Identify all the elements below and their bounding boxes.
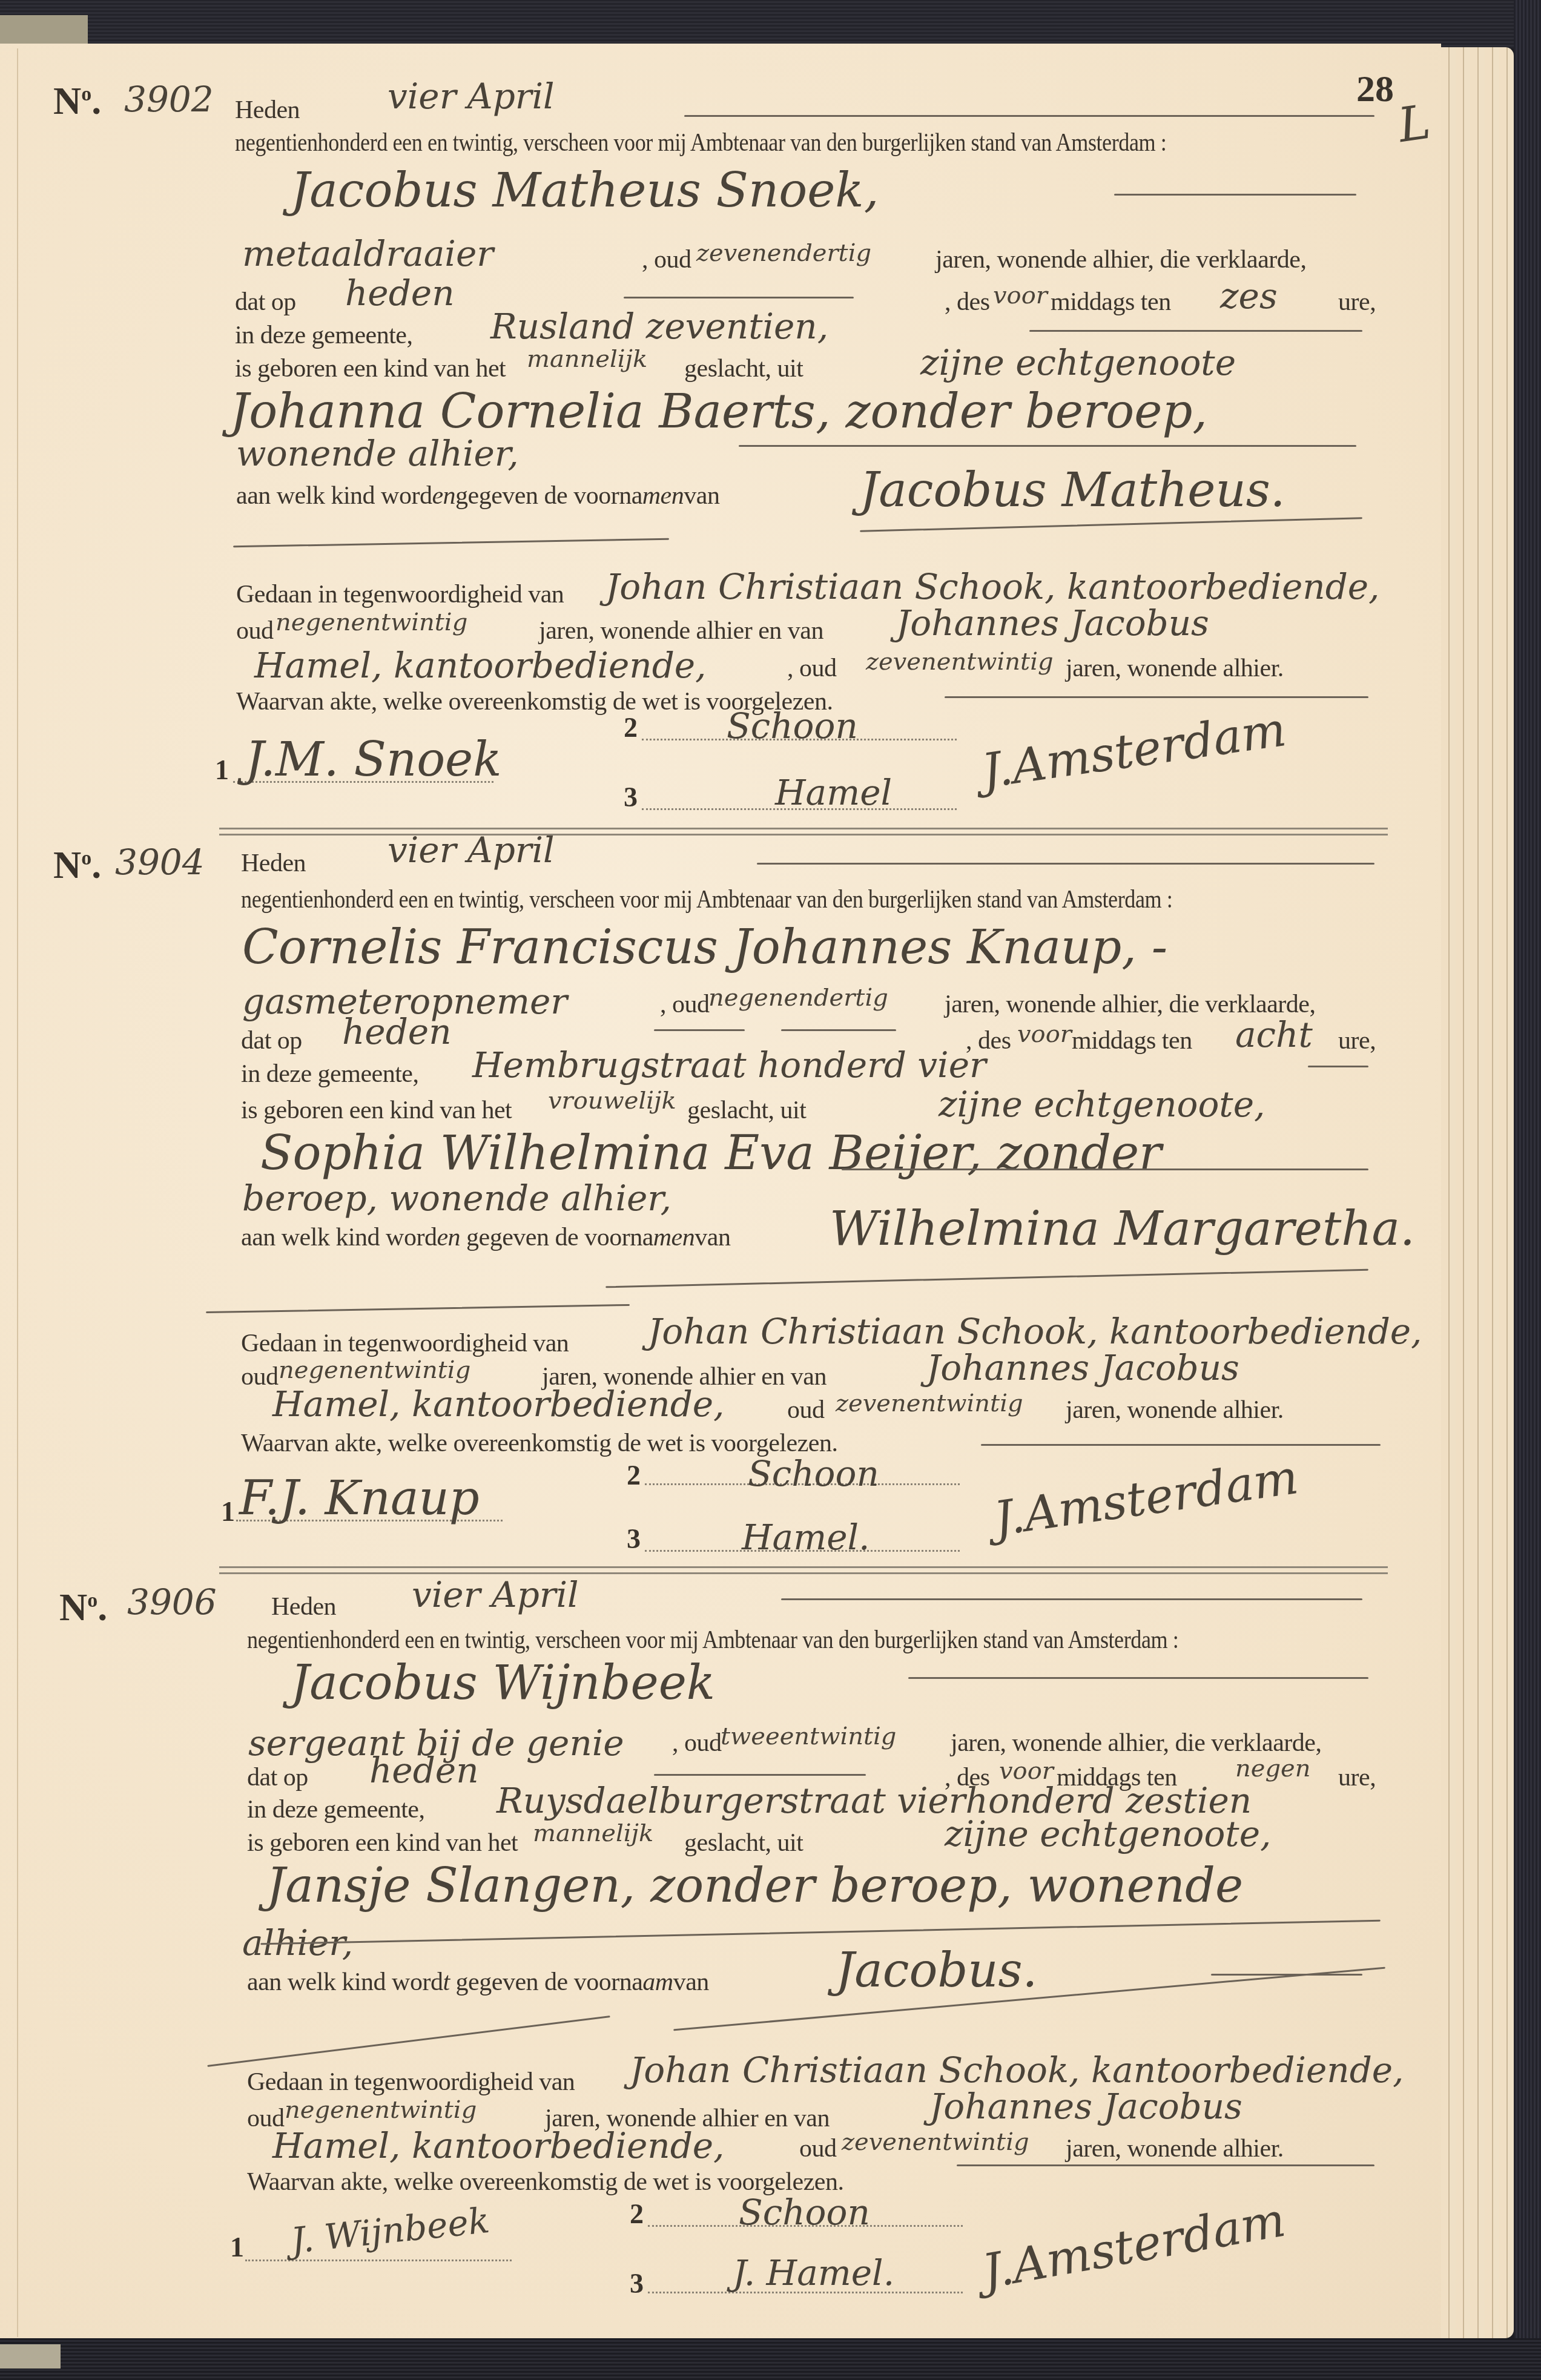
intro-text: negentienhonderd een en twintig, versche… [241, 885, 1172, 914]
witness1-name: Johan Christiaan Schook, kantoorbediende… [648, 1311, 1422, 1352]
geslacht-label: geslacht, uit [687, 1096, 806, 1125]
birth-hour: negen [1235, 1755, 1310, 1782]
daypart: voor [993, 282, 1048, 309]
witness2-age: zevenentwintig [842, 2128, 1029, 2156]
witness2-last: Hamel, kantoorbediende, [272, 1383, 725, 1425]
signature-2-label: 2 [630, 2198, 644, 2230]
fill-line [757, 863, 1374, 865]
gedaan-label: Gedaan in tegenwoordigheid van [241, 1329, 569, 1358]
oud-label: , oud [642, 245, 691, 274]
datop-label: dat op [235, 288, 296, 317]
middags-label: middags ten [1051, 288, 1171, 317]
gedaan-label: Gedaan in tegenwoordigheid van [236, 580, 564, 609]
witness2-last: Hamel, kantoorbediende, [272, 2125, 725, 2166]
entry-number: 3906 [127, 1581, 217, 1623]
signature-3-label: 3 [627, 1523, 641, 1555]
des-label: , des [945, 288, 990, 317]
entry-separator [219, 1566, 1388, 1568]
heden-label: Heden [271, 1592, 336, 1621]
witness1-age: negenentwintig [285, 2096, 477, 2124]
signature-3-label: 3 [630, 2267, 644, 2299]
signature-1-label: 1 [215, 754, 229, 786]
birth-day: heden [369, 1750, 479, 1791]
daypart: voor [1017, 1020, 1072, 1048]
child-sex: vrouwelijk [548, 1087, 676, 1115]
intro-text: negentienhonderd een en twintig, versche… [235, 128, 1166, 157]
heden-label: Heden [241, 849, 306, 878]
entry-date: vier April [412, 1574, 579, 1615]
fill-line [739, 445, 1356, 447]
birth-hour: acht [1235, 1014, 1313, 1055]
entry-number: 3902 [124, 79, 214, 120]
signature-2-label: 2 [624, 711, 638, 743]
oud-label-3: , oud [787, 654, 837, 683]
child-given-names: Wilhelmina Margaretha. [830, 1202, 1415, 1256]
declarant-name: Cornelis Franciscus Johannes Knaup, - [242, 920, 1167, 975]
page-edges [1441, 47, 1514, 2338]
signature-3-label: 3 [624, 781, 638, 813]
birth-day: heden [345, 272, 455, 314]
kind-label: aan welk kind wordt gegeven de voornaamv… [247, 1968, 709, 1997]
page-number: 28 [1356, 68, 1394, 111]
heden-label: Heden [235, 96, 300, 125]
fill-line [957, 2164, 1374, 2166]
geslacht-label: geslacht, uit [684, 354, 803, 383]
fill-line [1029, 330, 1362, 332]
book-cover-bottom [0, 2338, 1541, 2380]
witness1-age: negenentwintig [279, 1356, 470, 1384]
mother-name: Jansje Slangen, zonder beroep, wonende [266, 1859, 1243, 1913]
child-sex: mannelijk [527, 345, 647, 373]
jaren-label: jaren, wonende alhier, die verklaarde, [951, 1729, 1322, 1758]
ure-label: ure, [1338, 1763, 1376, 1792]
oud-label-3: oud [799, 2134, 837, 2163]
witness2-age: zevenentwintig [866, 648, 1054, 676]
declarant-age: zevenendertig [696, 239, 871, 267]
jaren-label-3: jaren, wonende alhier. [1066, 2134, 1284, 2163]
entry-date: vier April [388, 829, 555, 871]
gemeente-label: in deze gemeente, [241, 1060, 419, 1089]
jaren-label-3: jaren, wonende alhier. [1066, 654, 1284, 683]
oud-label-3: oud [787, 1396, 825, 1425]
jaren-label: jaren, wonende alhier, die verklaarde, [935, 245, 1307, 274]
kind-label: aan welk kind worden gegeven de voorname… [241, 1223, 730, 1252]
birth-address: Rusland zeventien, [490, 306, 828, 347]
datop-label: dat op [247, 1763, 308, 1792]
intro-text: negentienhonderd een en twintig, versche… [247, 1626, 1178, 1655]
signature-2-label: 2 [627, 1459, 641, 1491]
mother-relation: zijne echtgenoote, [939, 1084, 1265, 1125]
mother-relation: zijne echtgenoote, [945, 1813, 1271, 1854]
declarant-age: negenendertig [708, 984, 888, 1012]
geboren-label: is geboren een kind van het [235, 354, 506, 383]
fill-line [654, 1029, 745, 1031]
birth-day: heden [342, 1011, 452, 1052]
fill-line [1308, 1066, 1368, 1067]
gemeente-label: in deze gemeente, [247, 1795, 425, 1824]
signature-1-label: 1 [230, 2231, 244, 2263]
signature-witness1: Schoon [748, 1453, 879, 1494]
signature-witness1: Schoon [739, 2192, 870, 2233]
ure-label: ure, [1338, 288, 1376, 317]
witness2-last: Hamel, kantoorbediende, [254, 645, 707, 686]
middags-label: middags ten [1072, 1026, 1192, 1055]
fill-line [945, 696, 1368, 698]
fill-line [624, 297, 854, 298]
fill-line [781, 1598, 1362, 1600]
declarant-occupation: metaaldraaier [242, 233, 493, 274]
oud-label-2: oud [236, 616, 274, 645]
fill-line [908, 1677, 1368, 1679]
declarant-name: Jacobus Matheus Snoek, [291, 163, 879, 218]
book-cover-top [0, 0, 1541, 48]
witness2-first: Johannes Jacobus [929, 2086, 1242, 2127]
kind-label: aan welk kind wordengegeven de voornamen… [236, 481, 719, 510]
signature-witness1: Schoon [727, 705, 858, 747]
birth-hour: zes [1220, 275, 1278, 317]
bookmark-ribbon-bottom [0, 2344, 61, 2368]
birth-address: Hembrugstraat honderd vier [472, 1044, 986, 1086]
page-gutter [17, 48, 18, 2337]
signature-witness2: Hamel. [742, 1517, 869, 1558]
witness2-first: Johannes Jacobus [896, 602, 1209, 644]
geboren-label: is geboren een kind van het [247, 1828, 518, 1858]
entry-number-label: No. [59, 1585, 107, 1630]
witness1-name: Johan Christiaan Schook, kantoorbediende… [606, 566, 1380, 607]
ure-label: ure, [1338, 1026, 1376, 1055]
child-given-names: Jacobus. [836, 1943, 1037, 1998]
entry-separator [219, 1572, 1388, 1574]
fill-line [654, 1774, 866, 1776]
declarant-age: tweeentwintig [721, 1722, 896, 1750]
mother-residence: wonende alhier, [236, 433, 519, 474]
geslacht-label: geslacht, uit [684, 1828, 803, 1858]
fill-line [981, 1444, 1381, 1446]
signature-1-label: 1 [221, 1495, 235, 1528]
declarant-name: Jacobus Wijnbeek [291, 1656, 715, 1710]
mother-name: Johanna Cornelia Baerts, zonder beroep, [230, 384, 1207, 439]
child-given-names: Jacobus Matheus. [860, 463, 1285, 518]
oud-label: , oud [660, 990, 710, 1019]
fill-line [781, 1029, 896, 1031]
oud-label: , oud [672, 1729, 722, 1758]
witness2-age: zevenentwintig [836, 1389, 1023, 1417]
book-cover-right [1514, 0, 1541, 2380]
witness2-first: Johannes Jacobus [926, 1347, 1239, 1388]
mother-residence: beroep, wonende alhier, [242, 1178, 672, 1219]
witness1-age: negenentwintig [276, 608, 467, 636]
entry-number-label: No. [53, 843, 101, 888]
mother-relation: zijne echtgenoote [920, 342, 1236, 383]
child-sex: mannelijk [533, 1819, 653, 1847]
signature-witness2: J. Hamel. [733, 2252, 894, 2293]
signature-declarant: J.M. Snoek [245, 733, 502, 787]
fill-line [684, 115, 1374, 117]
fill-line [1114, 194, 1356, 196]
fill-line [842, 1169, 1368, 1170]
datop-label: dat op [241, 1026, 302, 1055]
geboren-label: is geboren een kind van het [241, 1096, 512, 1125]
witness1-name: Johan Christiaan Schook, kantoorbediende… [630, 2049, 1404, 2091]
gedaan-label: Gedaan in tegenwoordigheid van [247, 2068, 575, 2097]
jaren-label-3: jaren, wonende alhier. [1066, 1396, 1284, 1425]
jaren-label-2: jaren, wonende alhier en van [539, 616, 823, 645]
signature-line-1 [245, 2260, 512, 2261]
signature-declarant: F.J. Knaup [239, 1471, 480, 1526]
entry-date: vier April [388, 76, 555, 117]
entry-number-label: No. [53, 79, 101, 124]
entry-number: 3904 [115, 842, 205, 883]
mother-name: Sophia Wilhelmina Eva Beijer, zonder [260, 1126, 1161, 1181]
gemeente-label: in deze gemeente, [235, 321, 413, 350]
signature-witness2: Hamel [775, 772, 892, 813]
